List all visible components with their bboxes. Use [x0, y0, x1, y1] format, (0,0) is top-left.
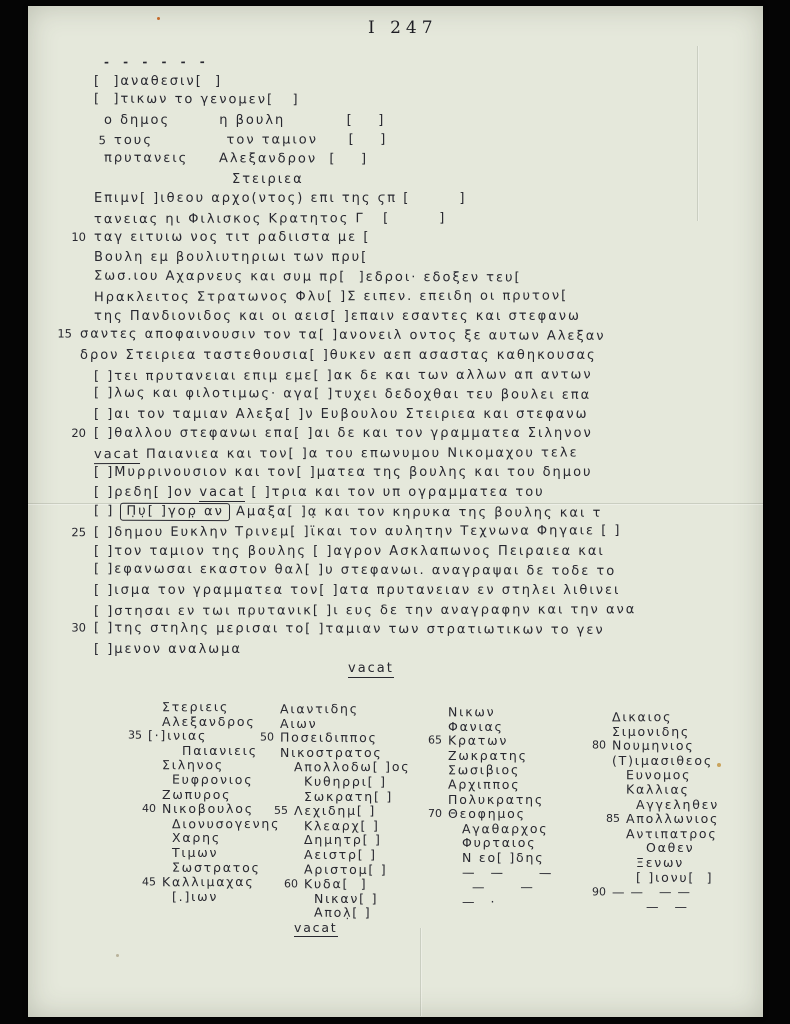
- text-line: [ ]αναθεσιν[ ]: [94, 72, 740, 92]
- line-number: 80: [582, 739, 606, 754]
- text-segment: Ηρακλειτος Στρατωνος Φλυ[ ]Σ ειπεν. επει…: [94, 289, 568, 306]
- text-segment: —— ——: [612, 884, 696, 899]
- text-segment: [ ]τικων το γενομεν[ ]: [94, 92, 300, 108]
- text-line: 15σαντες αποφαινουσιν τον τα[ ]ανονειλ ο…: [80, 325, 740, 347]
- text-segment: Δικαιος: [612, 709, 672, 724]
- text-line: 60Κυδα[ ]: [304, 877, 460, 892]
- text-line: [ ]τει πρυτανειαι επιμ εμε[ ]ακ δε και τ…: [94, 364, 740, 386]
- text-segment: [ ]τει πρυτανειαι επιμ εμε[ ]ακ δε και τ…: [94, 367, 593, 384]
- text-line: της Πανδιονιδος και οι αεισ[ ]επαιν εσαν…: [94, 307, 740, 327]
- text-segment: Νικοστρατος: [280, 745, 383, 760]
- vacat-label: vacat: [199, 485, 245, 502]
- line-number: 30: [60, 619, 86, 639]
- text-segment: [ ]τον ταμιον της βουλης [ ]αγρον Ασκλαπ…: [94, 544, 605, 559]
- line-number: 40: [132, 802, 156, 817]
- text-line: 25[ ]δημου Ευκλην Τρινεμ[ ]ϊκαι τον αυλη…: [94, 521, 740, 543]
- text-segment: Νικαν[ ]: [314, 891, 378, 906]
- text-line: Στειριεα: [232, 170, 740, 190]
- fold-crease-vertical-bottom: [420, 928, 421, 1016]
- document-page: I 247 - - - - - -[ ]αναθεσιν[ ][ ]τικων …: [28, 6, 763, 1017]
- text-segment: Κυδα[ ]: [304, 876, 367, 891]
- text-line: Σωκρατη[ ]: [304, 790, 460, 805]
- text-line: Οαθεν: [646, 841, 790, 856]
- text-segment: [ ]ιονυ[ ]: [636, 869, 713, 884]
- text-segment: Ευφρονιος: [172, 772, 253, 787]
- text-segment: - - - - - -: [104, 55, 210, 69]
- text-line: 85Απολλωνιος: [626, 812, 790, 827]
- line-number: 65: [418, 734, 442, 749]
- text-segment: Σιληνος: [162, 757, 224, 772]
- text-line: vacat: [294, 921, 460, 936]
- transcription-block: - - - - - -[ ]αναθεσιν[ ][ ]τικων το γεν…: [80, 52, 740, 679]
- text-line: Πολυκρατης: [448, 793, 628, 808]
- text-segment: Αντιπατρος: [626, 826, 718, 841]
- text-segment: Πολυκρατης: [448, 792, 544, 807]
- line-number: 60: [274, 877, 298, 892]
- text-segment: [ ]εφανωσαι εκαστον θαλ[ ]υ στεφανωι. αν…: [94, 562, 616, 579]
- text-segment: Χαρης: [172, 830, 221, 845]
- line-number: 55: [264, 804, 288, 819]
- name-column-3: ΝικωνΦανιας65ΚρατωνΖωκρατηςΣωσιβιοςΑρχιπ…: [448, 705, 628, 909]
- text-segment: Στεριεις: [162, 699, 229, 714]
- line-number: 10: [60, 228, 86, 248]
- text-segment: [ ]τρια και τον υπ ογραμματεα του: [245, 485, 544, 500]
- text-segment: Κρατων: [448, 733, 508, 748]
- text-segment: ταγ ειτυιω νος τιτ ραδιιστα με [: [94, 230, 370, 245]
- line-number: 15: [46, 325, 72, 345]
- text-segment: [ ]ισμα τον γραμματεα τον[ ]ατα πρυτανει…: [94, 583, 620, 598]
- text-line: [ ]τον ταμιον της βουλης [ ]αγρον Ασκλαπ…: [94, 542, 740, 562]
- line-number: 45: [132, 875, 156, 890]
- text-segment: Φανιας: [448, 719, 504, 734]
- text-segment: Σιμονιδης: [612, 724, 690, 739]
- text-segment: Κλεαρχ[ ]: [304, 818, 380, 833]
- text-segment: [ ]αναθεσιν[ ]: [94, 74, 222, 89]
- text-segment: Ευνομος: [626, 767, 691, 782]
- text-segment: Νικων: [448, 704, 495, 719]
- text-segment: Οαθεν: [646, 840, 694, 855]
- text-segment: — — —: [462, 864, 557, 879]
- text-line: [ ]μενον αναλωμα: [94, 640, 740, 660]
- text-segment: Σωκρατη[ ]: [304, 789, 393, 804]
- text-line: — — —: [462, 865, 628, 880]
- paper-speck: [157, 17, 160, 20]
- text-segment: Απολ̣[ ]: [314, 905, 372, 920]
- text-line: vacat: [348, 659, 740, 679]
- text-line: (Τ)ιμασιθεος: [612, 754, 790, 769]
- text-segment: [ ]μενον αναλωμα: [94, 642, 242, 657]
- text-line: [ ]τικων το γενομεν[ ]: [94, 90, 740, 112]
- text-segment: Ξενων: [636, 855, 684, 870]
- text-segment: Απολλοδω[ ]ος: [294, 759, 410, 774]
- text-line: vacat Παιανιεα και τον[ ]α του επωνυμου …: [94, 443, 740, 465]
- text-line: Ξενων: [636, 856, 790, 871]
- text-line: τανειας ηι Φιλισκος Κρατητος Γ [ ]: [94, 208, 740, 230]
- text-line: [ ]αι τον ταμιαν Αλεξα[ ]ν Ευβουλου Στει…: [94, 405, 740, 425]
- text-line: 5τους τον ταμιον [ ]: [114, 129, 740, 151]
- text-line: [ ]Μυρρινουσιον και τον[ ]ματεα της βουλ…: [94, 463, 740, 483]
- text-segment: Βουλη εμ βουλιυτηριωι των πρυ[: [94, 250, 368, 265]
- text-line: Βουλη εμ βουλιυτηριωι των πρυ[: [94, 248, 740, 268]
- text-segment: Τιμων: [172, 845, 218, 860]
- text-segment: [ ]Μυρρινουσιον και τον[ ]ματεα της βουλ…: [94, 465, 593, 480]
- text-segment: [ ]ρεδη[ ]ον: [94, 485, 199, 500]
- text-segment: Αλεξανδρος: [162, 714, 255, 729]
- text-segment: [.]ιων: [172, 889, 218, 904]
- text-segment: [ ]στησαι εν τωι πρυτανικ[ ]ι ευς δε την…: [94, 602, 636, 619]
- text-segment: Δημητρ[ ]: [304, 832, 382, 847]
- text-segment: Ποσειδιππος: [280, 730, 378, 745]
- text-line: Αριστομ[ ]: [304, 862, 460, 877]
- text-line: [ ]ισμα τον γραμματεα τον[ ]ατα πρυτανει…: [94, 581, 740, 601]
- text-line: [ ]λως και φιλοτιμως· αγα[ ]τυχει δεδοχθ…: [94, 384, 740, 406]
- text-segment: Αγγεληθεν: [636, 797, 719, 812]
- text-line: Αειστρ[ ]: [304, 848, 460, 863]
- text-line: δρον Στειριεα ταστεθουσια[ ]θυκεν αεπ ασ…: [80, 346, 740, 366]
- text-line: [ ]ρεδη[ ]ον vacat [ ]τρια και τον υπ ογ…: [94, 483, 740, 503]
- text-segment: Απολλωνιος: [626, 811, 719, 826]
- text-segment: Φυρταιος: [462, 835, 536, 850]
- line-number: 50: [250, 731, 274, 746]
- text-segment: Στειριεα: [232, 172, 304, 187]
- text-line: 90—— ——: [612, 885, 790, 900]
- text-segment: Καλλιας: [626, 782, 690, 797]
- text-segment: Ζωκρατης: [448, 748, 528, 763]
- text-segment: [ ]: [94, 503, 120, 518]
- text-segment: [ ]λως και φιλοτιμως· αγα[ ]τυχει δεδοχθ…: [94, 386, 591, 403]
- text-segment: Αειστρ[ ]: [304, 847, 377, 862]
- text-segment: — ·: [462, 894, 500, 909]
- line-number: 20: [60, 424, 86, 444]
- text-line: [ ]εφανωσαι εκαστον θαλ[ ]υ στεφανωι. αν…: [94, 560, 740, 582]
- text-line: Ηρακλειτος Στρατωνος Φλυ[ ]Σ ειπεν. επει…: [94, 286, 740, 308]
- line-number: 35: [118, 729, 142, 744]
- text-segment: Ν εο[ ]δης: [462, 850, 544, 865]
- line-number: 85: [596, 812, 620, 827]
- text-segment: [ ]της στηλης μερισαι το[ ]ταμιαν των στ…: [94, 621, 605, 638]
- text-line: πρυτανεις Αλεξανδρον [ ]: [104, 149, 740, 171]
- text-segment: ο δημος η βουλη [ ]: [104, 113, 385, 128]
- text-segment: Θεοφημος: [448, 806, 526, 821]
- text-line: Αγγεληθεν: [636, 798, 790, 813]
- text-segment: Νικοβουλος: [162, 801, 254, 816]
- text-segment: Αγαθαρχος: [462, 821, 548, 836]
- text-line: - - - - - -: [104, 51, 740, 73]
- text-segment: [ ]αι τον ταμιαν Αλεξα[ ]ν Ευβουλου Στει…: [94, 407, 588, 422]
- text-segment: Αριστομ[ ]: [304, 861, 388, 876]
- text-segment: [ ]δημου Ευκλην Τρινεμ[ ]ϊκαι τον αυλητη…: [94, 524, 622, 541]
- text-segment: — —: [472, 879, 539, 894]
- text-segment: Σωσιβιος: [448, 762, 520, 777]
- text-segment: (Τ)ιμασιθεος: [612, 753, 713, 768]
- text-line: — —: [646, 900, 790, 915]
- text-segment: Σωσ.ιου Αχαρνευς και συμ πρ[ ]εδροι· εδο…: [94, 268, 522, 285]
- text-segment: [·]ινιας: [148, 728, 207, 743]
- text-segment: Σωστρατος: [172, 859, 261, 874]
- text-segment: Νουμηνιος: [612, 738, 695, 753]
- text-segment: δρον Στειριεα ταστεθουσια[ ]θυκεν αεπ ασ…: [80, 348, 597, 363]
- text-segment: Λεχιδημ[ ]: [294, 803, 376, 818]
- text-segment: Επιμν[ ]ιθεου αρχο(ντος) επι της ϛπ [ ]: [94, 191, 466, 206]
- line-number: 70: [418, 807, 442, 822]
- text-line: Σωσ.ιου Αχαρνευς και συμ πρ[ ]εδροι· εδο…: [94, 266, 740, 288]
- text-line: 20[ ]θαλλου στεφανωι επα[ ]αι δε και τον…: [94, 424, 740, 444]
- line-number: 5: [80, 131, 106, 151]
- text-line: Απολ̣[ ]: [314, 906, 460, 921]
- text-segment: Κυθηρρι[ ]: [304, 774, 387, 789]
- text-segment: τους τον ταμιον [ ]: [114, 133, 387, 149]
- text-segment: Αμαξα[ ]α̣ και τον κηρυκα της βουλης και…: [230, 504, 603, 521]
- paper-speck: [116, 954, 119, 957]
- text-segment: Ζωπυρος: [162, 787, 231, 802]
- vacat-label: vacat: [94, 447, 140, 464]
- text-line: Ν εο[ ]δης: [462, 851, 628, 866]
- text-segment: Παιανιεα και τον[ ]α του επωνυμου Νικομα…: [140, 445, 579, 462]
- text-segment: πρυτανεις Αλεξανδρον [ ]: [104, 151, 368, 167]
- line-number: 90: [582, 885, 606, 900]
- text-segment: σαντες αποφαινουσιν τον τα[ ]ανονειλ οντ…: [80, 327, 606, 344]
- text-segment: Παιανιεις: [182, 743, 258, 758]
- text-line: 30[ ]της στηλης μερισαι το[ ]ταμιαν των …: [94, 619, 740, 641]
- vacat-label: vacat: [294, 920, 338, 937]
- text-segment: [ ]θαλλου στεφανωι επα[ ]αι δε και τον γ…: [94, 426, 593, 441]
- line-number: 25: [60, 523, 86, 543]
- vacat-label: vacat: [348, 661, 394, 678]
- name-column-4: ΔικαιοςΣιμονιδης80Νουμηνιος(Τ)ιμασιθεοςΕ…: [612, 710, 790, 914]
- text-segment: τανειας ηι Φιλισκος Κρατητος Γ [ ]: [94, 211, 446, 227]
- text-line: Επιμν[ ]ιθεου αρχο(ντος) επι της ϛπ [ ]: [94, 189, 740, 209]
- text-segment: Καλλιμαχας: [162, 874, 255, 889]
- text-line: ο δημος η βουλη [ ]: [104, 111, 740, 131]
- text-segment: — —: [646, 899, 693, 914]
- text-line: Δημητρ[ ]: [304, 833, 460, 848]
- text-segment: της Πανδιονιδος και οι αεισ[ ]επαιν εσαν…: [94, 309, 581, 324]
- text-segment: Αιαντιδης: [280, 701, 359, 716]
- text-line: 10ταγ ειτυιω νος τιτ ραδιιστα με [: [94, 228, 740, 248]
- scan-backdrop: I 247 - - - - - -[ ]αναθεσιν[ ][ ]τικων …: [0, 0, 790, 1024]
- text-line: Φυρταιος: [462, 836, 628, 851]
- catalog-number: I 247: [368, 18, 438, 38]
- text-segment: Αρχιππος: [448, 777, 520, 792]
- text-segment: Αιων: [280, 716, 317, 731]
- boxed-word: Π̣υ̣[ ]γορ̣ αν: [120, 502, 230, 520]
